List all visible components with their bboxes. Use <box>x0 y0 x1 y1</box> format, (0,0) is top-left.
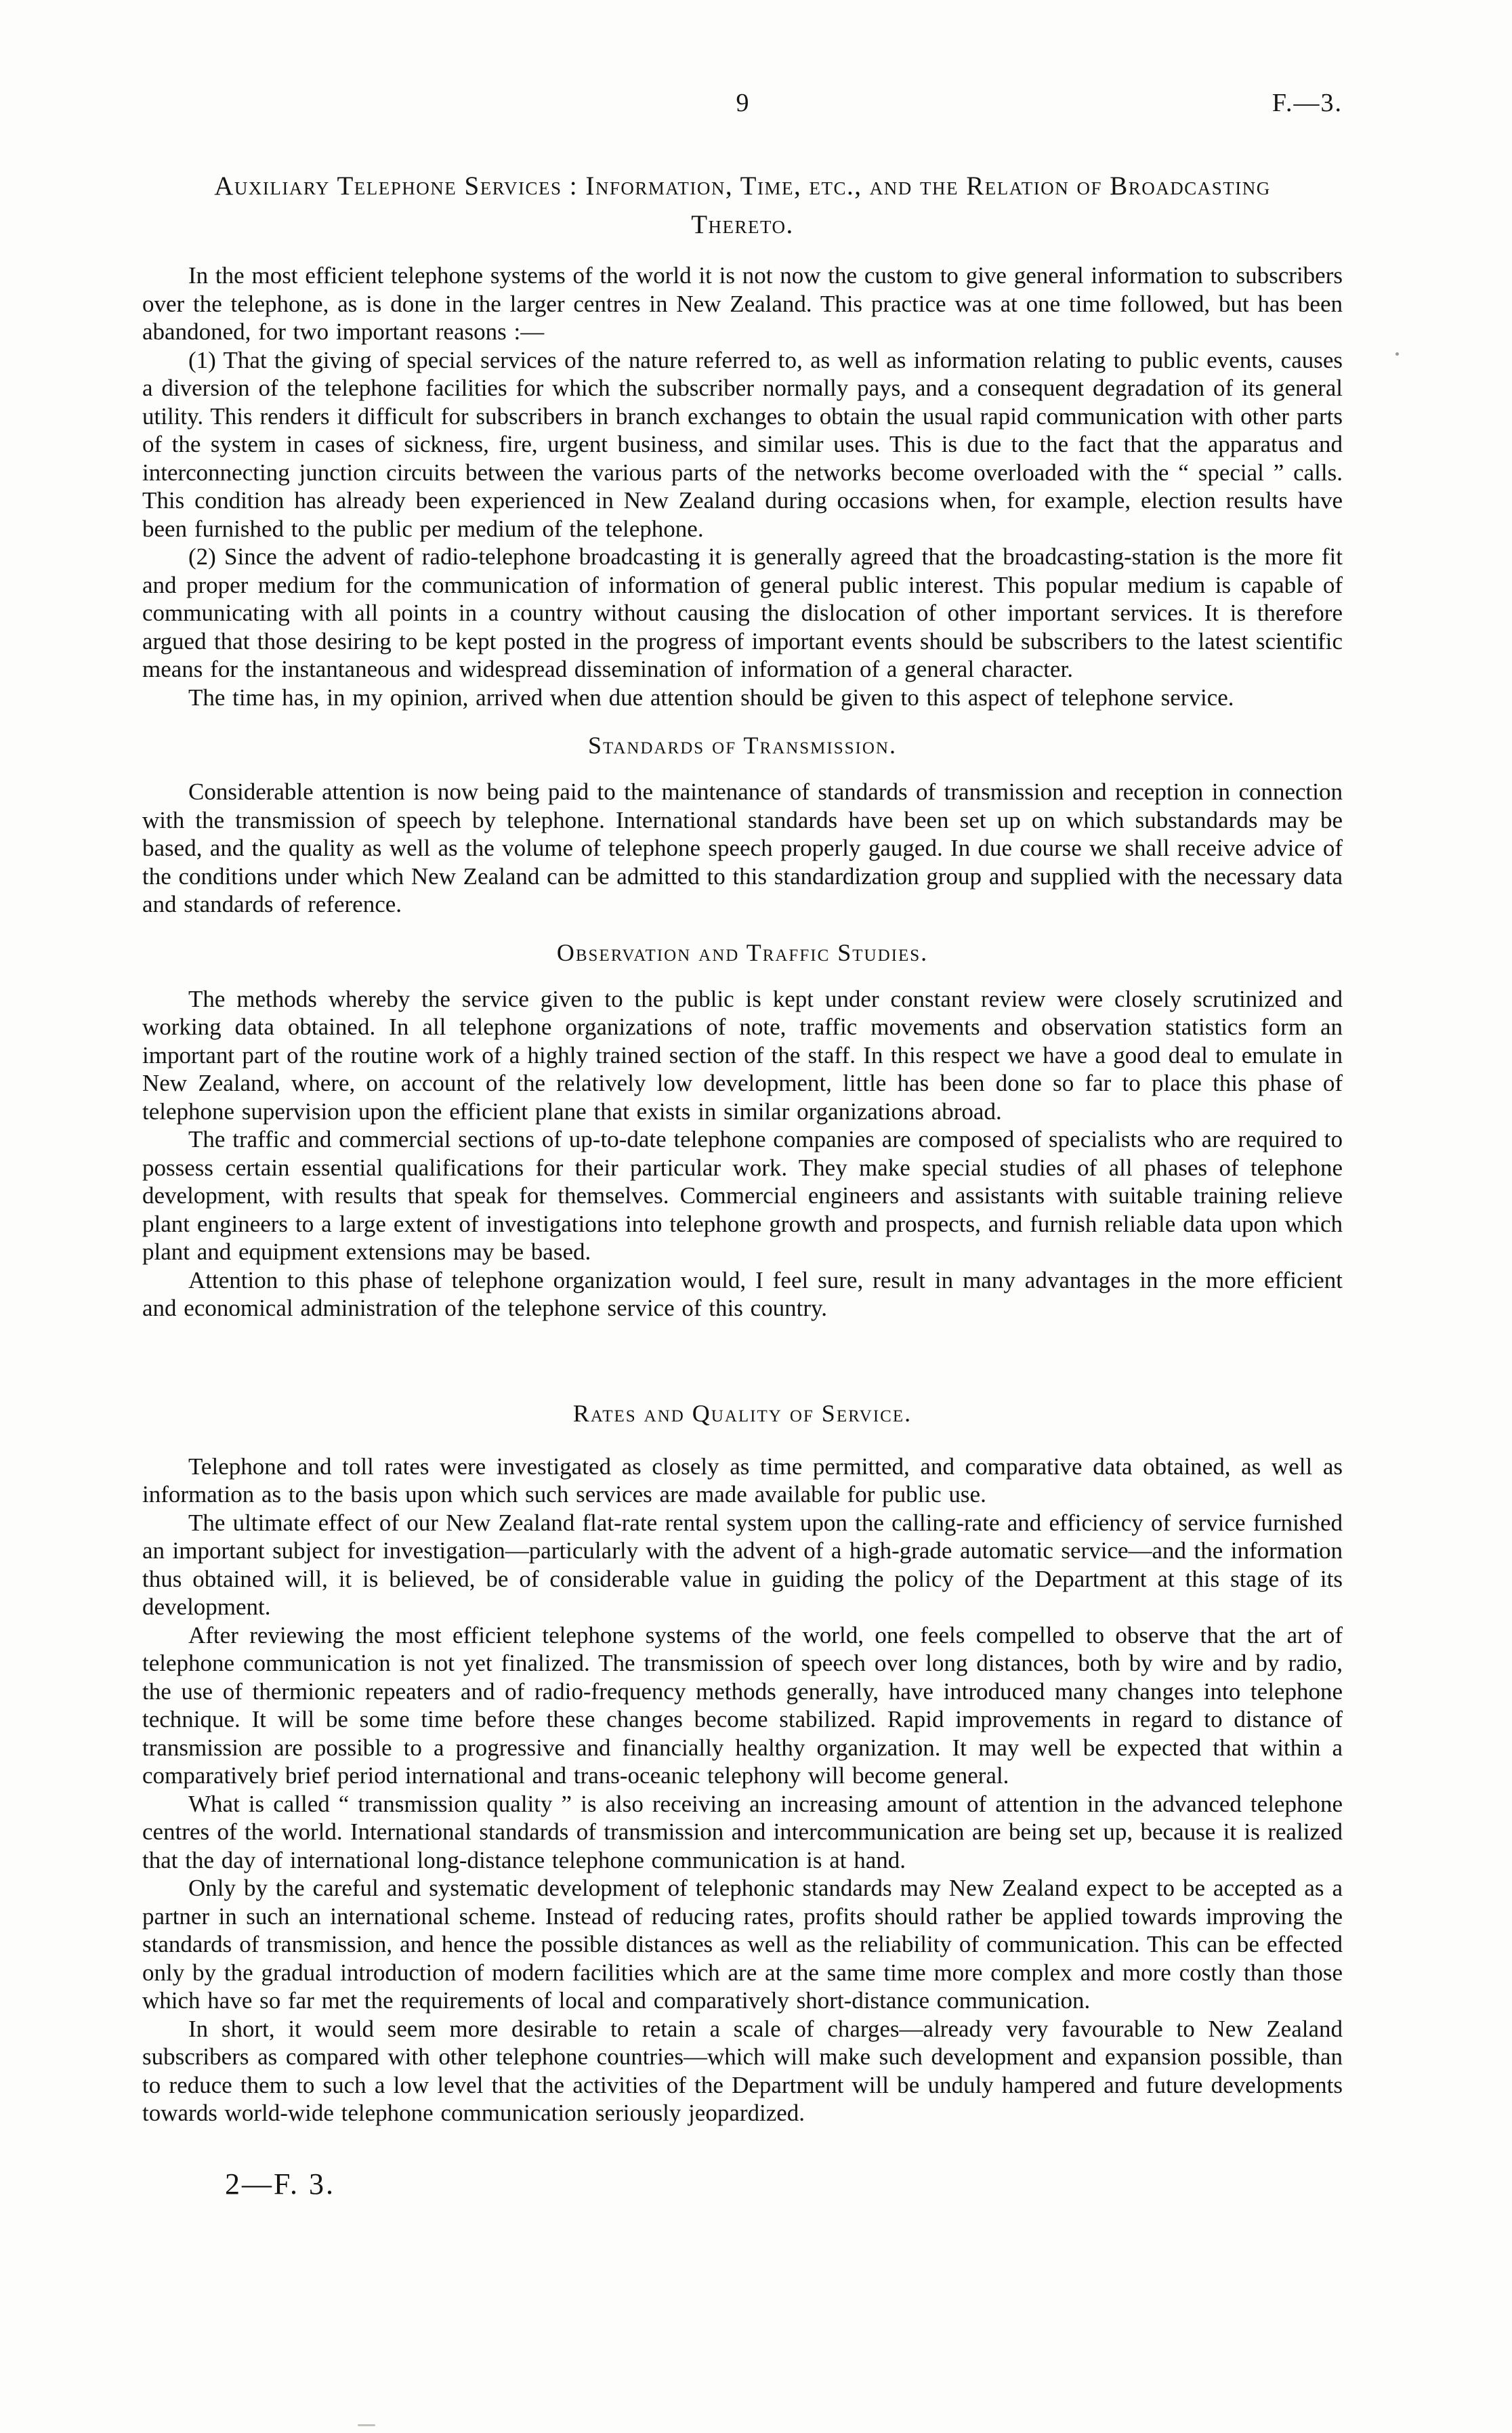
section-auxiliary-telephone-services: In the most efficient telephone systems … <box>142 262 1343 711</box>
scan-speck <box>358 2424 375 2426</box>
paragraph: Telephone and toll rates were investigat… <box>142 1453 1343 1509</box>
document-title-line-2: Thereto. <box>142 205 1343 244</box>
paragraph: The traffic and commercial sections of u… <box>142 1125 1343 1266</box>
section-heading: Observation and Traffic Studies. <box>142 938 1343 968</box>
document-title: Auxiliary Telephone Services : Informati… <box>142 167 1343 244</box>
footer-signature: 2—F. 3. <box>225 2167 1343 2201</box>
paragraph: The time has, in my opinion, arrived whe… <box>142 684 1343 712</box>
paragraph: Only by the careful and systematic devel… <box>142 1874 1343 2015</box>
page-number: 9 <box>142 87 1343 119</box>
paragraph: What is called “ transmission quality ” … <box>142 1790 1343 1875</box>
page-header: 9 F.—3. <box>142 87 1343 122</box>
paragraph: (1) That the giving of special services … <box>142 346 1343 543</box>
section-standards-of-transmission: Standards of Transmission. Considerable … <box>142 730 1343 919</box>
section-heading: Rates and Quality of Service. <box>142 1398 1343 1428</box>
paragraph: The methods whereby the service given to… <box>142 985 1343 1126</box>
paragraph: After reviewing the most efficient telep… <box>142 1621 1343 1790</box>
page-content: 9 F.—3. Auxiliary Telephone Services : I… <box>142 87 1343 2201</box>
paragraph: The ultimate effect of our New Zealand f… <box>142 1509 1343 1621</box>
paragraph: Attention to this phase of telephone org… <box>142 1266 1343 1323</box>
document-body: In the most efficient telephone systems … <box>142 262 1343 2127</box>
document-title-line-1: Auxiliary Telephone Services : Informati… <box>142 167 1343 205</box>
paragraph: (2) Since the advent of radio-telephone … <box>142 543 1343 684</box>
scan-speck <box>1395 352 1399 356</box>
paragraph: In the most efficient telephone systems … <box>142 262 1343 346</box>
section-observation-and-traffic-studies: Observation and Traffic Studies. The met… <box>142 938 1343 1323</box>
document-page: { "header": { "page_number": "9", "page_… <box>0 0 1512 2433</box>
section-rates-and-quality-of-service: Rates and Quality of Service. Telephone … <box>142 1398 1343 2127</box>
page-reference: F.—3. <box>1272 87 1343 119</box>
section-heading: Standards of Transmission. <box>142 730 1343 760</box>
paragraph: In short, it would seem more desirable t… <box>142 2015 1343 2127</box>
paragraph: Considerable attention is now being paid… <box>142 778 1343 919</box>
